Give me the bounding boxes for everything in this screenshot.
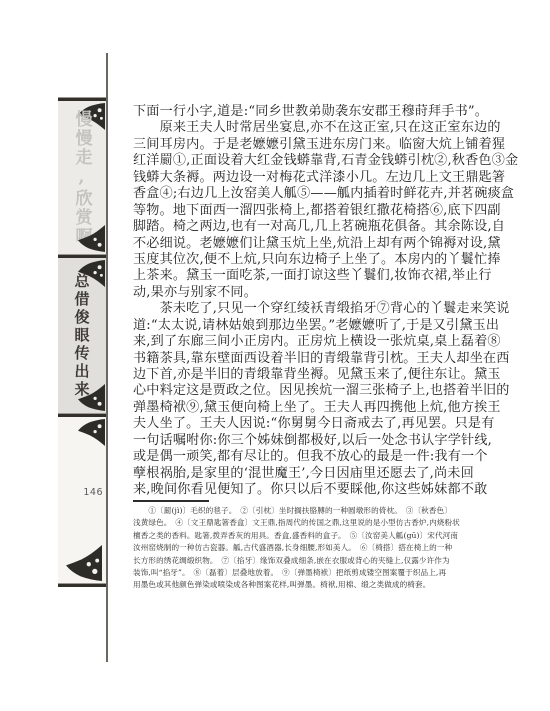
text-line: 弹墨椅袱⑨,黛玉便向椅上坐了。王夫人再四携他上炕,他方挨王 <box>133 400 433 416</box>
text-line: 脚踏。椅之两边,也有一对高几,几上茗碗瓶花俱备。其余陈设,自 <box>133 219 433 235</box>
book-page: 慢慢走,欣赏啊 总借俊眼传出来 <box>0 0 550 711</box>
footnote-line: 汝州窑烧制的一种仿古瓷器。觚,古代盛酒器,长身细腰,形如美人。 ⑥〔椅搭〕搭在椅… <box>133 542 449 554</box>
page-number-panel: 146 <box>58 417 106 583</box>
page-number: 146 <box>83 487 103 498</box>
text-line: 或是偶一顽笑,都有尽让的。但我不放心的最是一件:我有一个 <box>133 449 433 465</box>
text-line: 下面一行小字,道是:“同乡世教弟勋袭东安郡王穆莳拜手书”。 <box>133 104 433 120</box>
text-line: 红洋罽①,正面设着大红金钱蟒靠背,石青金钱蟒引枕②,秋香色③金 <box>133 153 433 169</box>
footnote-line: 用墨色或其他颜色弹染或喷染成各种图案花样,叫弹墨。椅袱,用棉、缎之类做成的椅套。 <box>133 579 449 591</box>
text-line: 一句话嘱咐你:你三个姊妹倒都极好,以后一处念书认字学针线, <box>133 433 433 449</box>
text-line: 三间耳房内。于是老嬷嬷引黛玉进东房门来。临窗大炕上铺着猩 <box>133 137 433 153</box>
text-line: 动,果亦与别家不同。 <box>133 285 433 301</box>
text-line: 来,晚间你看见便知了。你只以后不要睬他,你这些姊妹都不敢 <box>133 482 433 498</box>
text-line: 不必细说。老嬷嬷们让黛玉炕上坐,炕沿上却有两个锦褥对设,黛 <box>133 236 433 252</box>
text-line: 孽根祸胎,是家里的‘混世魔王’,今日因庙里还愿去了,尚未回 <box>133 466 433 482</box>
text-line: 香盒④;右边几上汝窑美人觚⑤——觚内插着时鲜花卉,并茗碗痰盒 <box>133 186 433 202</box>
corner-ornament-icon <box>78 384 105 411</box>
text-line: 书籍茶具,靠东壁面西设着半旧的青缎靠背引枕。王夫人却坐在西 <box>133 351 433 367</box>
footnote-line: 檀香之类的香料。匙箸,拨弄香灰的用具。香盒,盛香料的盒子。 ⑤〔汝窑美人觚(gū… <box>133 530 449 542</box>
footnote-line: 浅黄绿色。 ④〔文王鼎匙箸香盒〕文王鼎,指周代的传国之鼎,这里说的是小型仿古香炉… <box>133 517 449 529</box>
sidebar-blank-header <box>58 53 106 97</box>
text-line: 心中料定这是贾政之位。因见挨炕一溜三张椅子上,也搭着半旧的 <box>133 383 433 399</box>
body-text: 下面一行小字,道是:“同乡世教弟勋袭东安郡王穆莳拜手书”。 原来王夫人时常居坐宴… <box>133 104 433 499</box>
footnote-line: 装饰,叫“掐牙”。 ⑧〔磊着〕层叠地放着。 ⑨〔弹墨椅袱〕把纸剪成镂空图案覆于织… <box>133 567 449 579</box>
text-line: 来,到了东廊三间小正房内。正房炕上横设一张炕桌,桌上磊着⑧ <box>133 334 433 350</box>
text-line: 上茶来。黛玉一面吃茶,一面打谅这些丫鬟们,妆饰衣裙,举止行 <box>133 268 433 284</box>
text-line: 边下首,亦是半旧的青缎靠背坐褥。见黛玉来了,便往东让。黛玉 <box>133 367 433 383</box>
text-line: 道:“太太说,请林姑娘到那边坐罢。”老嬷嬷听了,于是又引黛玉出 <box>133 318 433 334</box>
text-line: 原来王夫人时常居坐宴息,亦不在这正室,只在这正室东边的 <box>133 120 433 136</box>
text-line: 玉度其位次,便不上炕,只向东边椅子上坐了。本房内的丫鬟忙捧 <box>133 252 433 268</box>
unit-title-panel: 慢慢走,欣赏啊 <box>58 101 106 254</box>
footnote-separator <box>133 500 209 502</box>
corner-ornament-icon <box>78 225 105 252</box>
sidebar-blank-footer <box>58 587 106 657</box>
section-title-panel: 总借俊眼传出来 <box>58 258 106 413</box>
corner-ornament-icon <box>63 545 105 581</box>
footnote-line: ①〔罽(jì)〕毛织的毯子。 ②〔引枕〕坐时搁扶胳膊的一种圆墩形的倚枕。 ③〔秋… <box>133 505 449 517</box>
text-line: 等物。地下面西一溜四张椅上,都搭着银红撒花椅搭⑥,底下四副 <box>133 203 433 219</box>
text-line: 钱蟒大条褥。两边设一对梅花式洋漆小几。左边几上文王鼎匙箸 <box>133 170 433 186</box>
text-line: 夫人坐了。王夫人因说:“你舅舅今日斋戒去了,再见罢。只是有 <box>133 416 433 432</box>
footnote-line: 长方形的绣花绸缎织物。 ⑦〔掐牙〕缘饰双叠成细条,嵌在衣服或背心的夹缝上,仅露少… <box>133 555 449 567</box>
text-line: 茶未吃了,只见一个穿红绫袄青缎掐牙⑦背心的丫鬟走来笑说 <box>133 301 433 317</box>
footnotes: ①〔罽(jì)〕毛织的毯子。 ②〔引枕〕坐时搁扶胳膊的一种圆墩形的倚枕。 ③〔秋… <box>133 505 449 592</box>
corner-ornament-icon <box>78 419 105 446</box>
sidebar-strip: 慢慢走,欣赏啊 总借俊眼传出来 <box>58 53 108 662</box>
